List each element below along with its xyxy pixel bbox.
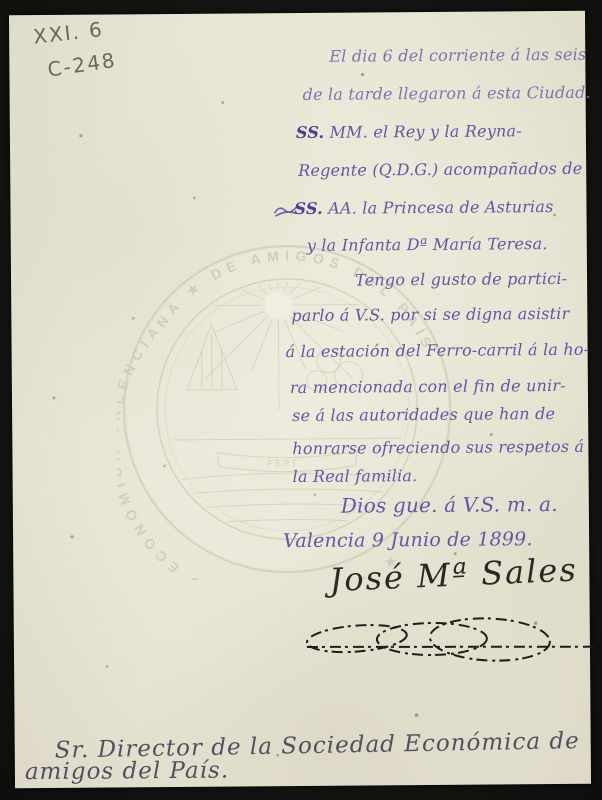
- letter-line-3: SS. MM. el Rey y la Reyna-: [296, 121, 522, 142]
- letter-line-3-rest: MM. el Rey y la Reyna-: [324, 121, 522, 142]
- letter-line-11: se á las autoridades que han de: [292, 404, 555, 425]
- letter-line-10: ra mencionada con el fin de unir-: [290, 376, 566, 397]
- letter-line-8: parlo á V.S. por si se digna asistir: [291, 304, 569, 325]
- letter-line-3-prefix: SS.: [296, 123, 325, 142]
- letter-line-4: Regente (Q.D.G.) acompañados de: [298, 159, 582, 180]
- photo-backdrop: { "archive_marks": { "mark1": "XXI. 6", …: [0, 0, 602, 800]
- letter-line-5: SS. AA. la Princesa de Asturias: [294, 197, 553, 218]
- ink-scribble: [272, 201, 298, 219]
- letter-line-1: El dia 6 del corriente á las seis: [329, 45, 586, 66]
- letter-line-5-rest: AA. la Princesa de Asturias: [323, 197, 554, 218]
- letter-line-12: honrarse ofreciendo sus respetos á: [292, 437, 584, 458]
- signature-rubric: [302, 607, 602, 673]
- letter-line-13: la Real familia.: [293, 466, 418, 486]
- letter-line-6: y la Infanta Dª María Teresa.: [307, 234, 548, 255]
- letter-dateline: Valencia 9 Junio de 1899.: [283, 528, 533, 552]
- letter-line-7: Tengo el gusto de partici-: [355, 269, 567, 290]
- addressee-line-2: amigos del País.: [25, 758, 229, 786]
- letter-line-5-prefix: SS.: [294, 199, 323, 218]
- letter-closing: Dios gue. á V.S. m. a.: [341, 492, 558, 518]
- letter-line-9: á la estación del Ferro-carril á la ho-: [286, 340, 590, 361]
- paper: ★ REAL SOCIEDAD ECONÓMICA VALENCIANA ★ D…: [9, 11, 591, 789]
- paper-speckles: [9, 15, 11, 17]
- letter-line-2: de la tarde llegaron á esta Ciudad.: [303, 83, 591, 104]
- archive-mark-2: C-248: [46, 48, 118, 82]
- archive-mark-1: XXI. 6: [32, 17, 105, 49]
